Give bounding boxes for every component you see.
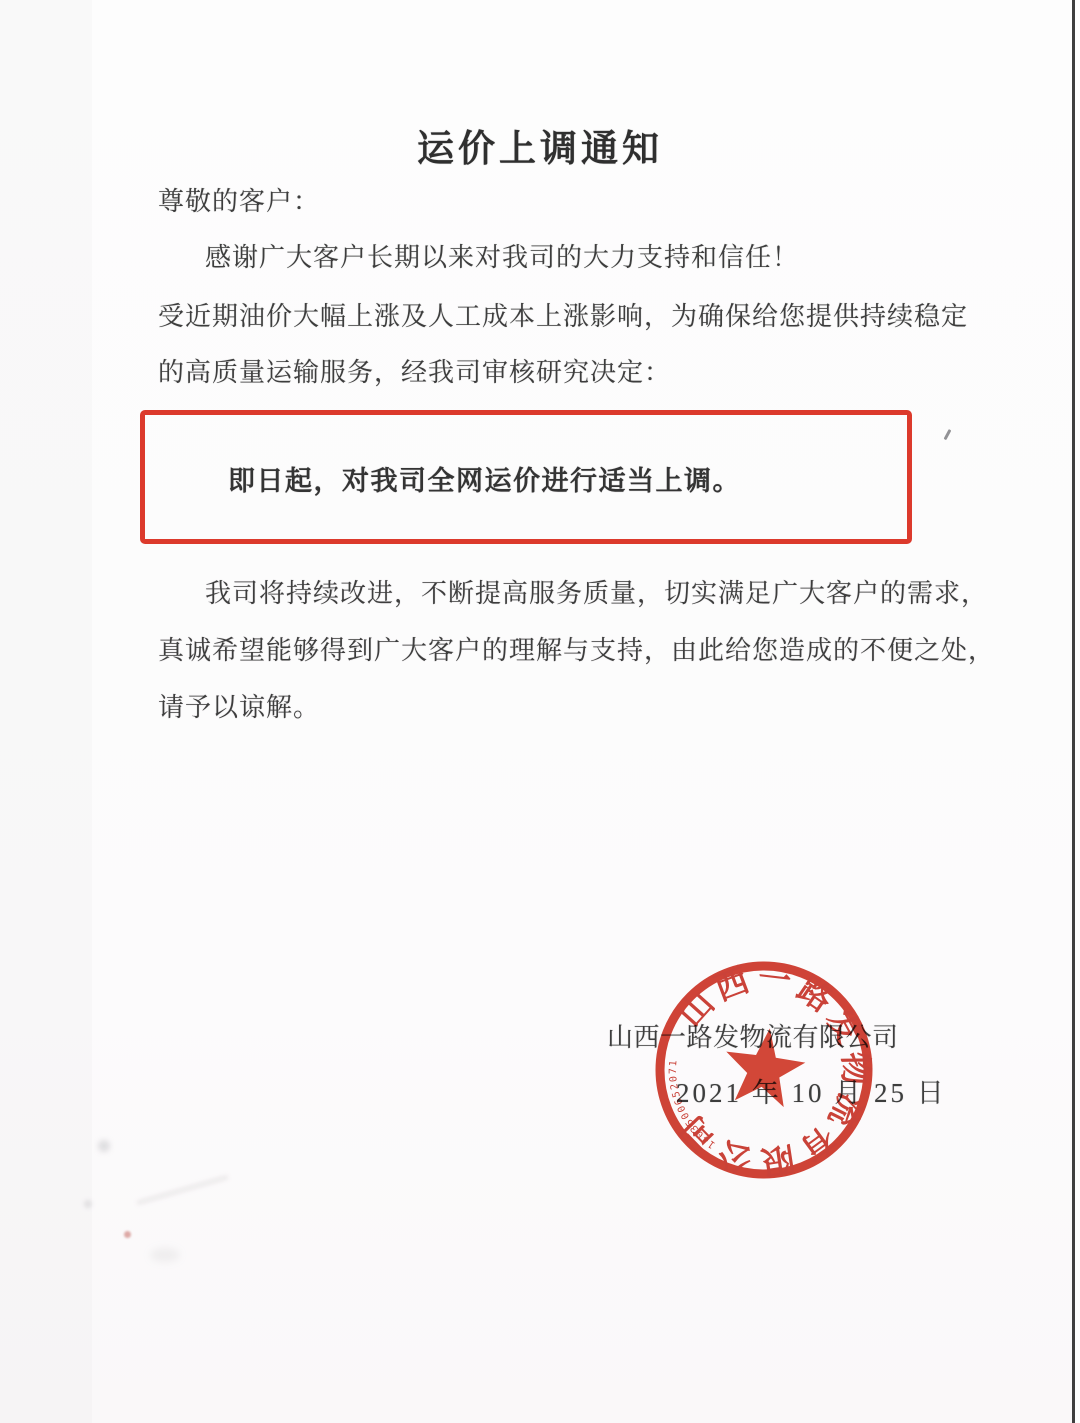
salutation: 尊敬的客户： <box>158 181 320 218</box>
scanned-notice-page: 运价上调通知 尊敬的客户： 感谢广大客户长期以来对我司的大力支持和信任！ 受近期… <box>0 0 1080 1423</box>
scan-right-edge-line <box>1072 0 1075 1423</box>
star-icon <box>720 1023 810 1109</box>
scan-smudge <box>150 1248 180 1262</box>
paragraph-reason-line1: 受近期油价大幅上涨及人工成本上涨影响，为确保给您提供持续稳定 <box>158 296 968 333</box>
company-seal-stamp: 山西一路发物流有限公司 1403500652071 <box>614 920 914 1220</box>
pen-tick-mark <box>944 429 951 440</box>
paragraph-thanks: 感谢广大客户长期以来对我司的大力支持和信任！ <box>205 237 799 274</box>
paragraph-closing-line1: 我司将持续改进，不断提高服务质量，切实满足广大客户的需求， <box>205 573 988 610</box>
highlight-statement: 即日起，对我司全网运价进行适当上调。 <box>228 459 741 498</box>
page-title: 运价上调通知 <box>0 118 1080 172</box>
paragraph-reason-line2: 的高质量运输服务，经我司审核研究决定： <box>158 352 671 389</box>
scan-smudge-red-dot <box>124 1231 131 1238</box>
paragraph-closing-line3: 请予以谅解。 <box>158 687 320 724</box>
scan-smudge <box>98 1140 110 1152</box>
scan-right-halo <box>1075 0 1080 1423</box>
paragraph-closing-line2: 真诚希望能够得到广大客户的理解与支持，由此给您造成的不便之处， <box>158 630 995 667</box>
scan-smudge <box>136 1175 228 1205</box>
scan-left-shading <box>0 0 92 1423</box>
